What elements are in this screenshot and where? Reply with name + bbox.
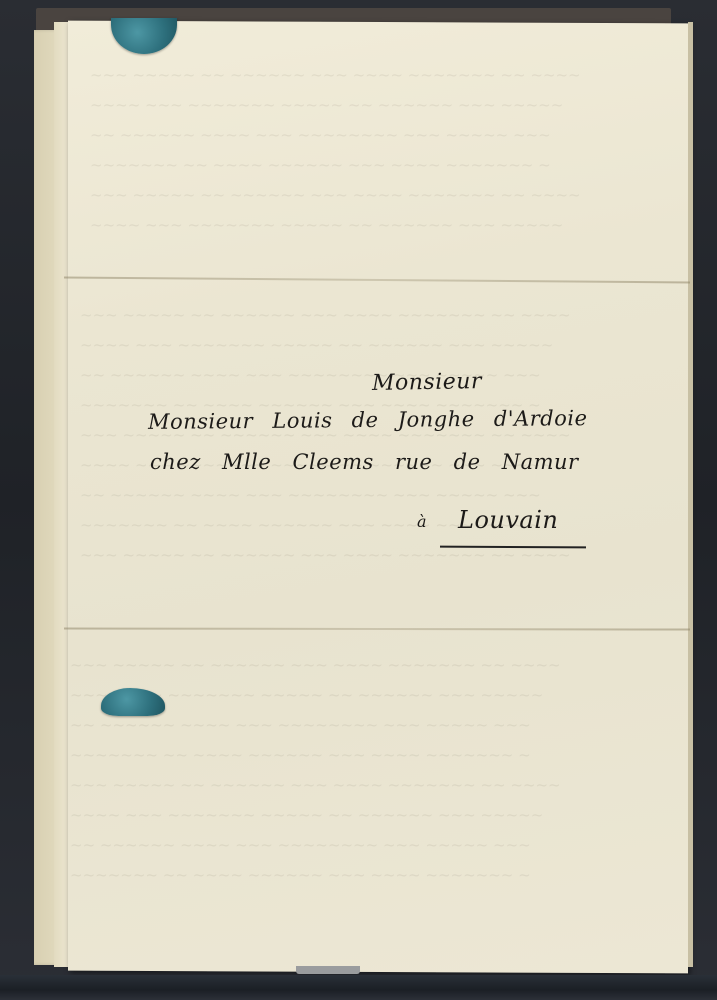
sleeve-clip — [296, 966, 360, 974]
address-salutation: Monsieur — [372, 369, 482, 396]
bleed-through-text-bottom: ~~~ ~~~~~ ~~ ~~~~~~ ~~~ ~~~~ ~~~~~~~ ~~ … — [70, 650, 670, 950]
frame-bottom-edge — [0, 975, 717, 1000]
address-city-prefix: à — [417, 512, 427, 531]
address-care-of-line: chez Mlle Cleems rue de Namur — [150, 450, 579, 474]
address-recipient-line: Monsieur Louis de Jonghe d'Ardoie — [148, 406, 588, 434]
letter-right-edge — [688, 22, 693, 967]
bleed-through-text-top: ~~~ ~~~~~ ~~ ~~~~~~ ~~~ ~~~~ ~~~~~~~ ~~ … — [90, 60, 670, 270]
address-city: Louvain — [458, 506, 558, 534]
